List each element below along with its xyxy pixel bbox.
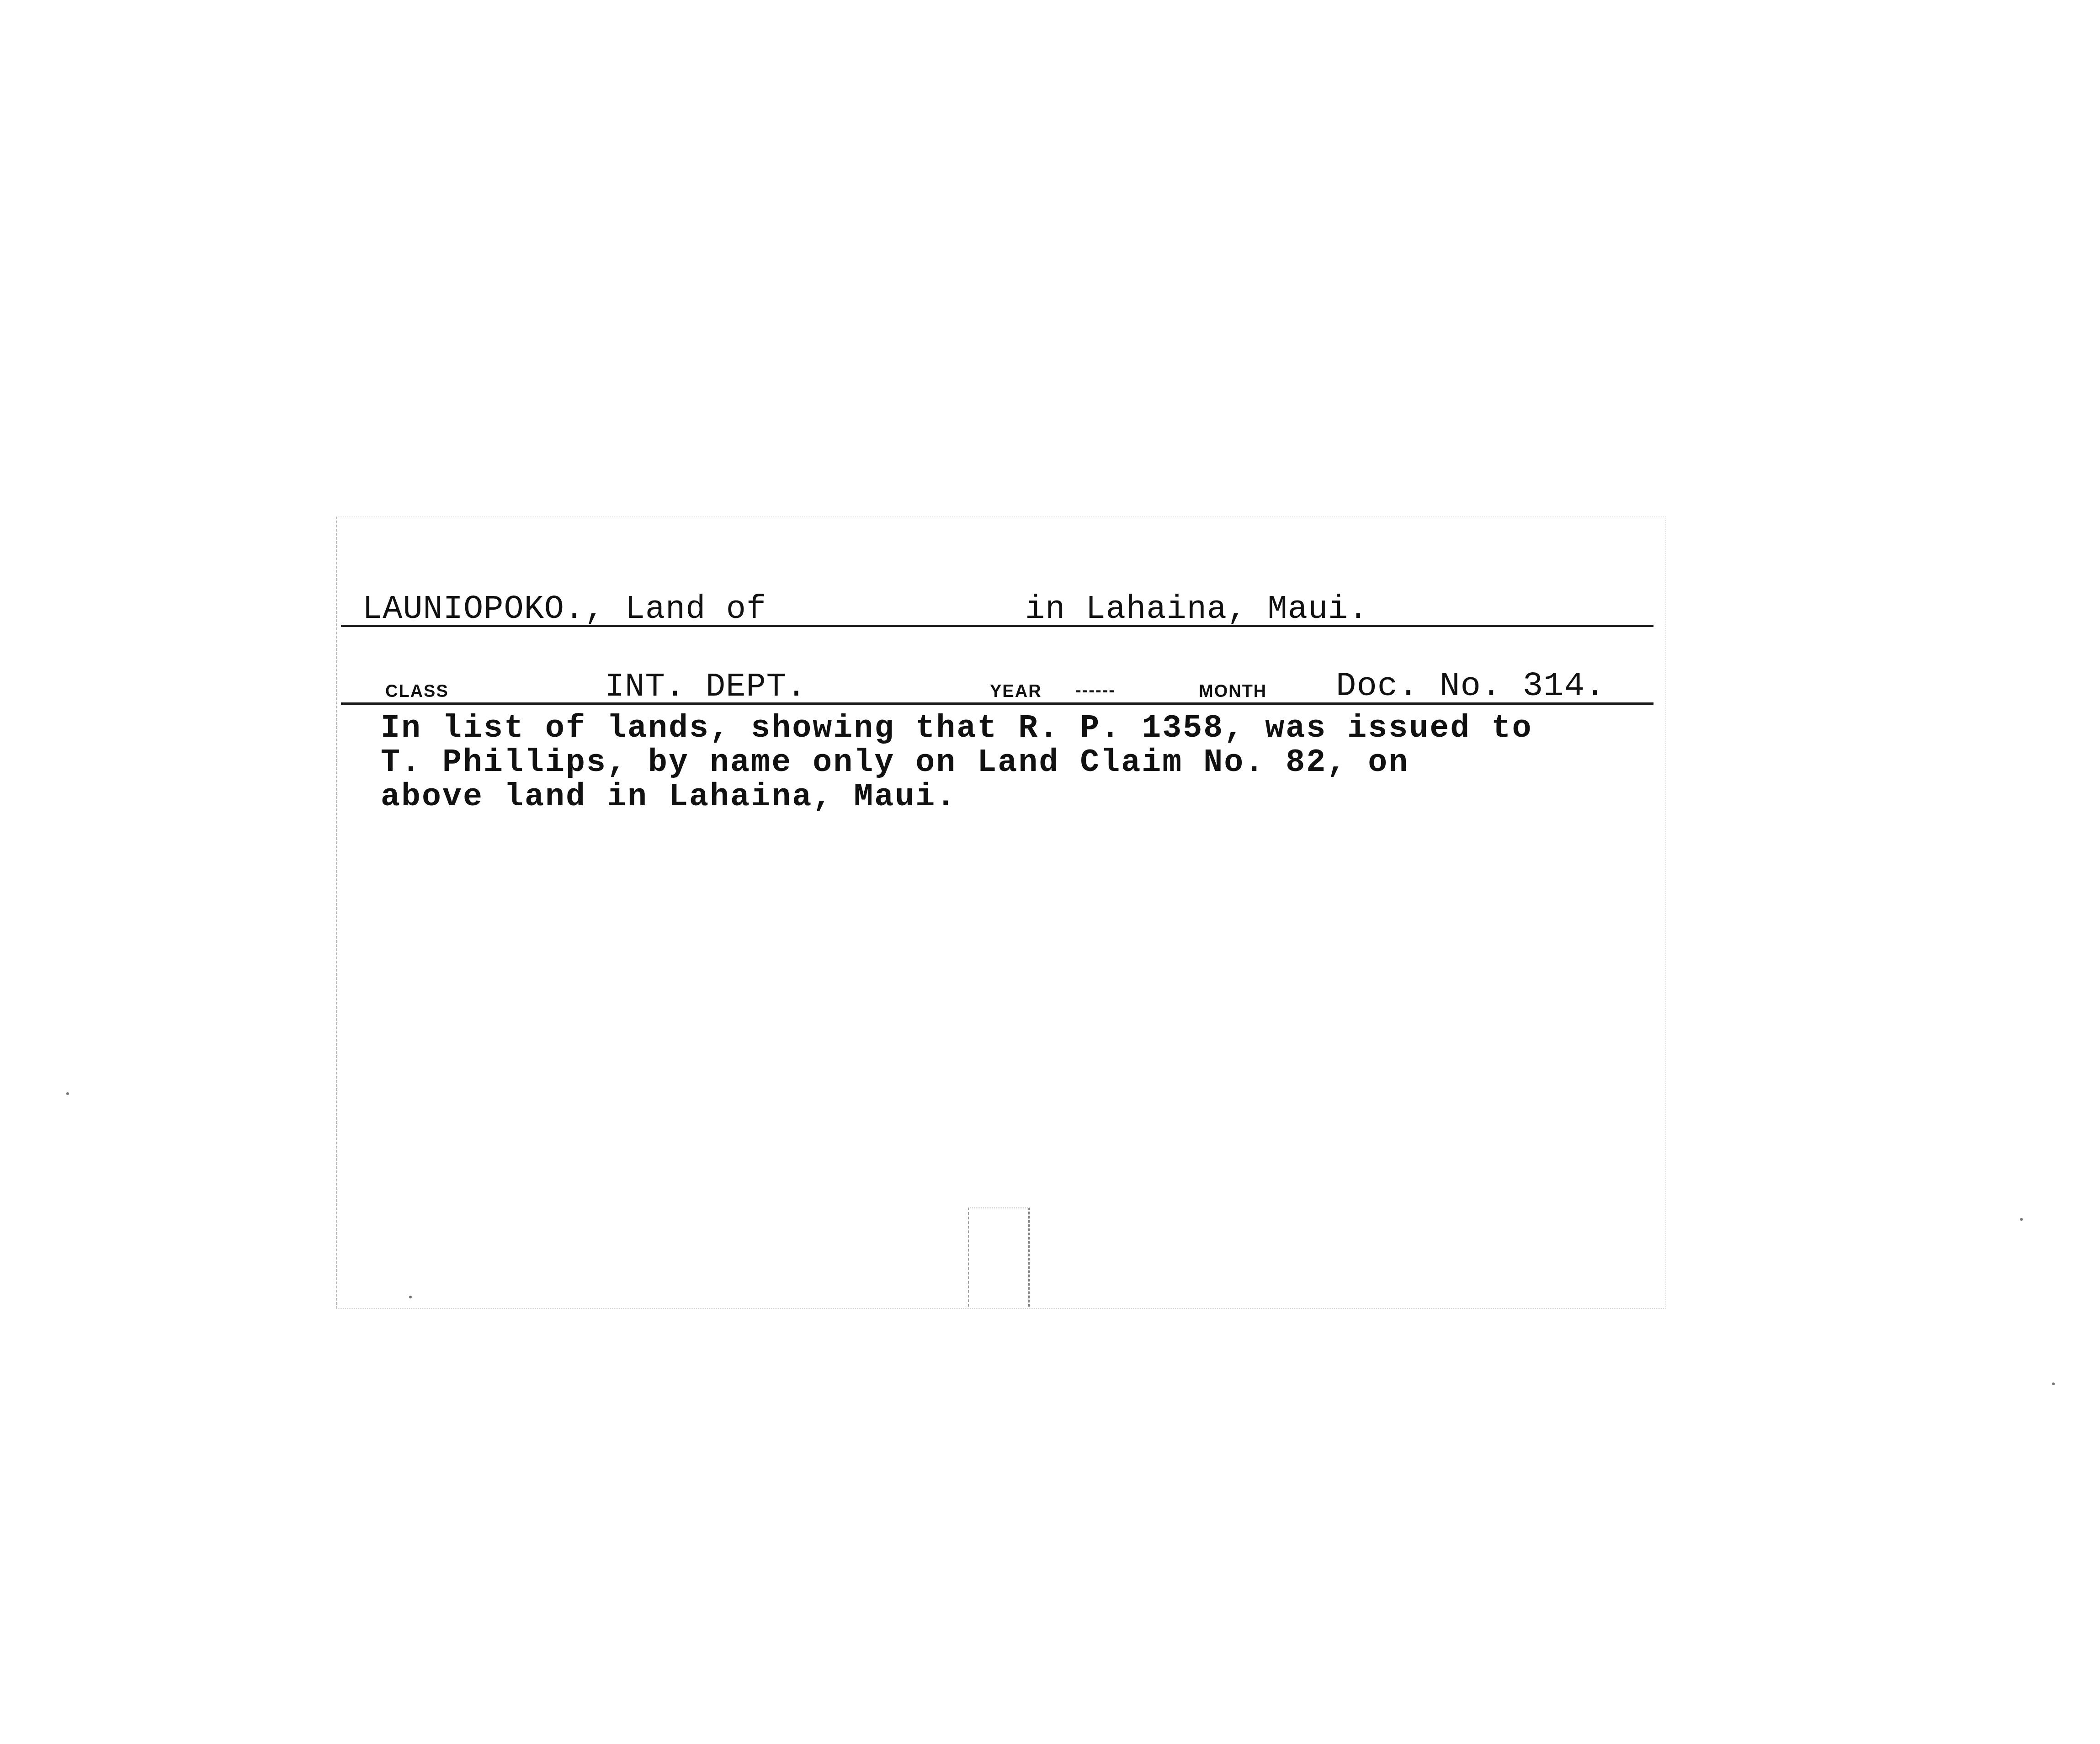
- land-location: in Lahaina, Maui.: [1025, 590, 1369, 628]
- body-line: above land in Lahaina, Maui.: [381, 780, 1660, 814]
- month-label: MONTH: [1199, 682, 1267, 702]
- card-body: In list of lands, showing that R. P. 135…: [381, 712, 1660, 814]
- year-label: YEAR: [990, 682, 1042, 702]
- meta-rule: [341, 702, 1653, 705]
- scan-speck: [409, 1296, 412, 1298]
- land-title: LAUNIOPOKO., Land of: [362, 590, 766, 628]
- class-value: INT. DEPT.: [605, 668, 807, 706]
- heading-rule: [341, 625, 1653, 627]
- scan-speck: [2052, 1382, 2055, 1385]
- index-card: LAUNIOPOKO., Land of in Lahaina, Maui. C…: [336, 516, 1666, 1309]
- body-line: In list of lands, showing that R. P. 135…: [381, 712, 1660, 746]
- scan-speck: [2020, 1218, 2023, 1221]
- card-tab-mark: [968, 1207, 1030, 1307]
- doc-number: Doc. No. 314.: [1336, 667, 1606, 706]
- year-value: ------: [1075, 681, 1116, 701]
- class-label: CLASS: [385, 682, 449, 702]
- scan-speck: [66, 1092, 69, 1095]
- body-line: T. Phillips, by name only on Land Claim …: [381, 746, 1660, 780]
